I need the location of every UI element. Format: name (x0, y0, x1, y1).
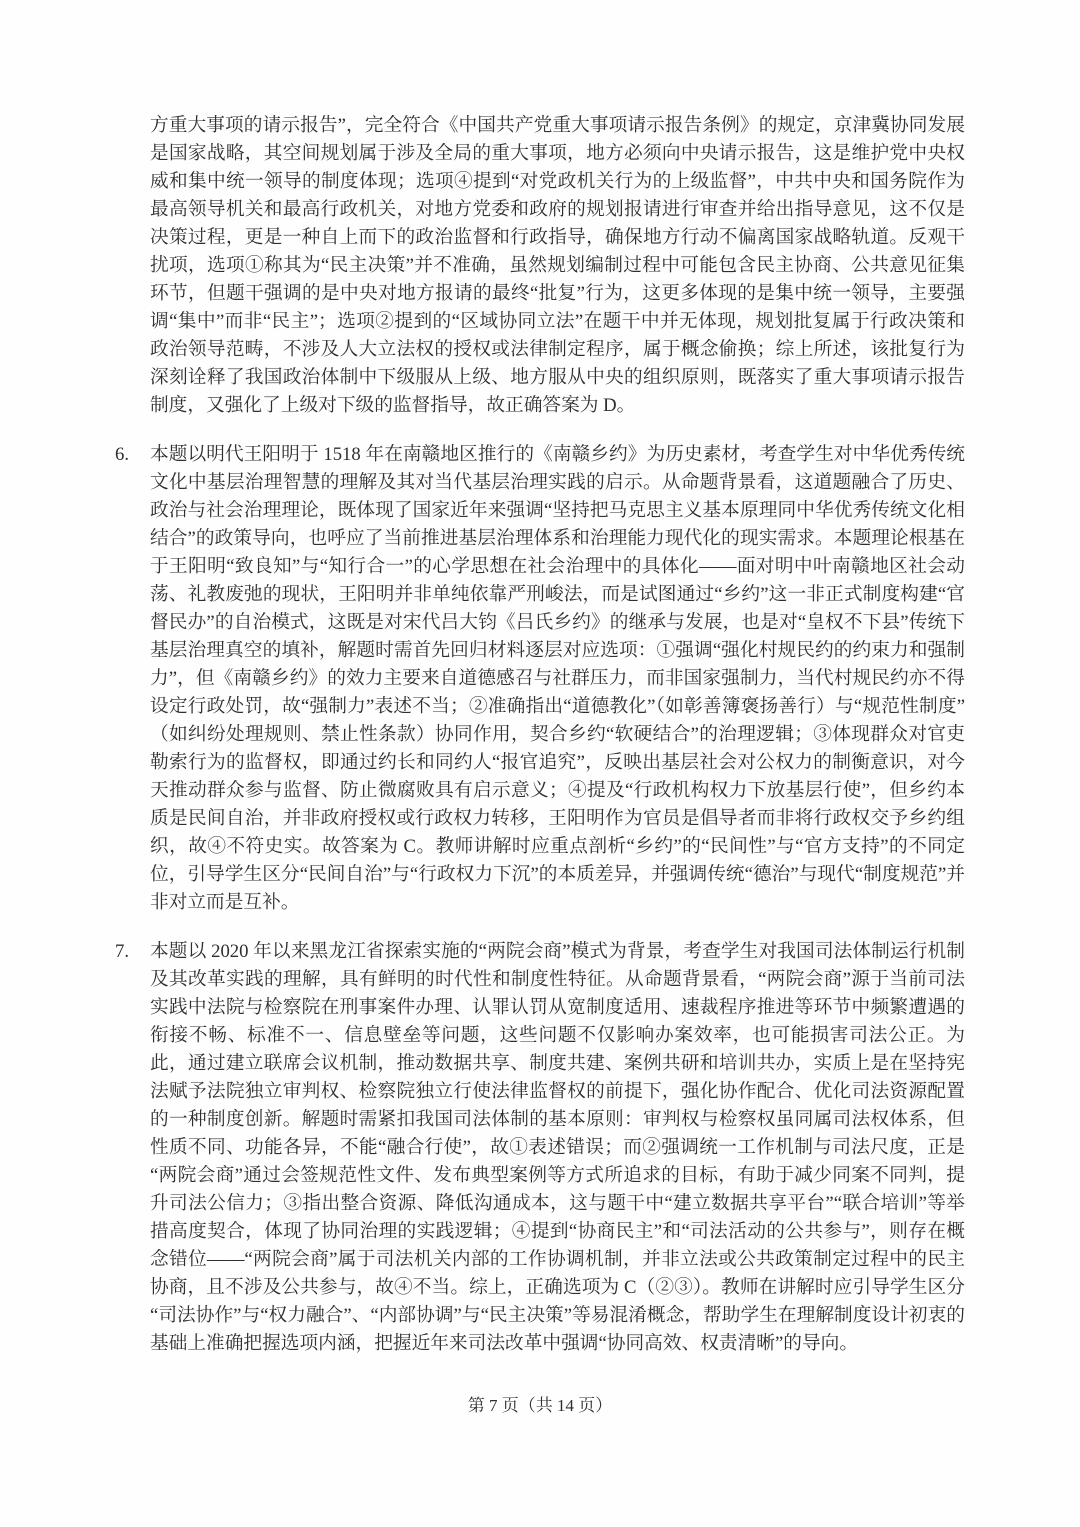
answer-item-7: 7. 本题以 2020 年以来黑龙江省探索实施的“两院会商”模式为背景，考查学生… (115, 938, 965, 1358)
item-number-6: 6. (115, 441, 150, 917)
answer-item-6: 6. 本题以明代王阳明于 1518 年在南赣地区推行的《南赣乡约》为历史素材，考… (115, 441, 965, 917)
item-text-6: 本题以明代王阳明于 1518 年在南赣地区推行的《南赣乡约》为历史素材，考查学生… (150, 441, 965, 917)
document-page: 方重大事项的请示报告”，完全符合《中国共产党重大事项请示报告条例》的规定，京津冀… (0, 0, 1080, 1527)
item-number-7: 7. (115, 938, 150, 1358)
item-text-7: 本题以 2020 年以来黑龙江省探索实施的“两院会商”模式为背景，考查学生对我国… (150, 938, 965, 1358)
page-footer: 第 7 页（共 14 页） (0, 1394, 1080, 1418)
answer-explanation-continuation-paragraph: 方重大事项的请示报告”，完全符合《中国共产党重大事项请示报告条例》的规定，京津冀… (150, 112, 965, 420)
